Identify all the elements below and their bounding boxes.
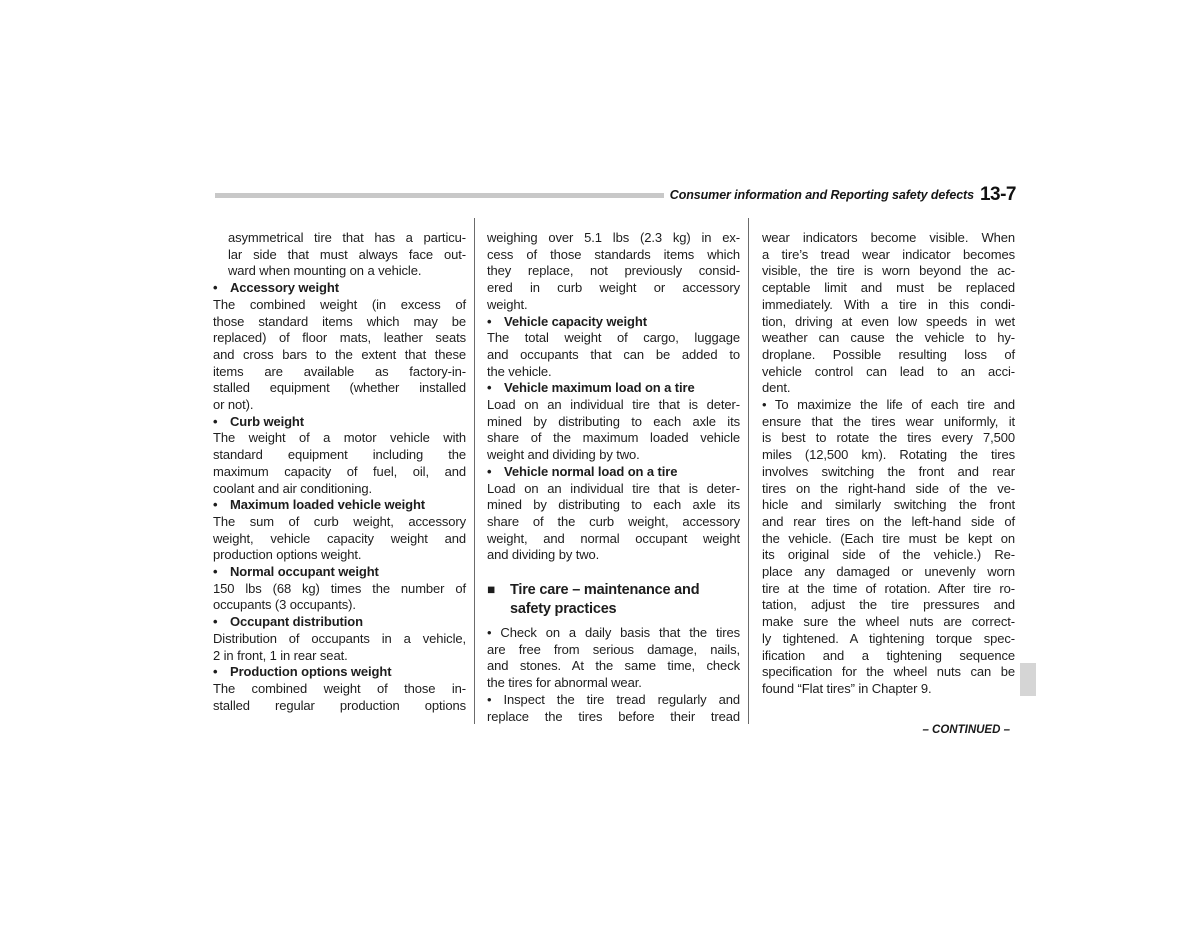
text-line: mined by distributing to each axle its [487,414,740,431]
text-line: ered in curb weight or accessory [487,280,740,297]
continued-marker: – CONTINUED – [922,724,1010,736]
text-line: involves switching the front and rear [762,464,1015,481]
paragraph: The total weight of cargo, luggageand oc… [487,330,740,380]
text-line: • Inspect the tire tread regularly and [487,692,740,709]
text-line: stalled regular production options [213,698,466,715]
text-line: occupants (3 occupants). [213,597,466,614]
text-line: tation, adjust the tire pressures and [762,597,1015,614]
heading-text: Vehicle capacity weight [504,314,647,329]
heading-text: Maximum loaded vehicle weight [230,497,425,512]
text-line: weight. [487,297,740,314]
text-line: mined by distributing to each axle its [487,497,740,514]
bullet-icon: • [213,564,230,581]
text-line: The combined weight (in excess of [213,297,466,314]
text-line: place any damaged or unevenly worn [762,564,1015,581]
text-line: Load on an individual tire that is deter… [487,481,740,498]
heading-text: Vehicle maximum load on a tire [504,380,695,395]
header-rule [215,193,664,198]
section-heading-line: safety practices [487,600,740,619]
text-line: specification for the wheel nuts can be [762,664,1015,681]
bullet-heading: •Maximum loaded vehicle weight [213,497,466,514]
paragraph: The weight of a motor vehicle withstanda… [213,430,466,497]
bullet-icon: • [487,314,504,331]
text-line: ification and a tightening sequence [762,648,1015,665]
section-heading: ■Tire care – maintenance andsafety pract… [487,581,740,618]
text-line: maximum capacity of fuel, oil, and [213,464,466,481]
bullet-icon: • [213,614,230,631]
text-line: those standard items which may be [213,314,466,331]
bullet-icon: • [213,414,230,431]
heading-text: Production options weight [230,664,391,679]
text-line: make sure the wheel nuts are correct- [762,614,1015,631]
bullet-heading: •Curb weight [213,414,466,431]
text-line: tion, driving at even low speeds in wet [762,314,1015,331]
text-line: ceptable limit and must be replaced [762,280,1015,297]
bullet-heading: •Accessory weight [213,280,466,297]
bullet-icon: • [213,497,230,514]
text-line: miles (12,500 km). Rotating the tires [762,447,1015,464]
heading-text: Vehicle normal load on a tire [504,464,677,479]
text-line: coolant and air conditioning. [213,481,466,498]
heading-text: Normal occupant weight [230,564,379,579]
column-1: asymmetrical tire that has a particu-lar… [213,230,466,714]
page-number: 13-7 [980,184,1016,206]
text-line: The total weight of cargo, luggage [487,330,740,347]
text-line: visible, the tire is worn beyond the ac- [762,263,1015,280]
paragraph: Load on an individual tire that is deter… [487,481,740,565]
text-line: tires on the right-hand side of the ve- [762,481,1015,498]
text-line: cess of those standards items which [487,247,740,264]
text-line: its original side of the vehicle.) Re- [762,547,1015,564]
text-line: weight, vehicle capacity weight and [213,531,466,548]
paragraph: The sum of curb weight, accessoryweight,… [213,514,466,564]
text-line: and stones. At the same time, check [487,658,740,675]
column-3: wear indicators become visible. Whena ti… [762,230,1015,698]
text-line: vehicle control can lead to an acci- [762,364,1015,381]
bullet-icon: • [213,280,230,297]
text-line: ward when mounting on a vehicle. [228,263,466,280]
page-header: Consumer information and Reporting safet… [215,184,1016,206]
text-line: Load on an individual tire that is deter… [487,397,740,414]
text-line: • Check on a daily basis that the tires [487,625,740,642]
text-line: ensure that the tires wear uniformly, it [762,414,1015,431]
text-line: replace the tires before their tread [487,709,740,726]
bullet-heading: •Vehicle maximum load on a tire [487,380,740,397]
manual-page: Consumer information and Reporting safet… [0,0,1200,927]
bullet-icon: • [487,380,504,397]
text-line: weight, and normal occupant weight [487,531,740,548]
bullet-heading: •Vehicle normal load on a tire [487,464,740,481]
text-line: they replace, not previously consid- [487,263,740,280]
text-line: droplane. Possible resulting loss of [762,347,1015,364]
text-line: The weight of a motor vehicle with [213,430,466,447]
text-line: 150 lbs (68 kg) times the number of [213,581,466,598]
column-2: weighing over 5.1 lbs (2.3 kg) in ex-ces… [487,230,740,725]
text-line: asymmetrical tire that has a particu- [228,230,466,247]
text-line: ly tightened. A tightening torque spec- [762,631,1015,648]
text-line: lar side that must always face out- [228,247,466,264]
paragraph: weighing over 5.1 lbs (2.3 kg) in ex-ces… [487,230,740,314]
paragraph: Load on an individual tire that is deter… [487,397,740,464]
text-line: tire at the time of rotation. After tire… [762,581,1015,598]
text-line: stalled equipment (whether installed [213,380,466,397]
text-line: the vehicle. (Each tire must be kept on [762,531,1015,548]
bullet-heading: •Production options weight [213,664,466,681]
text-line: the vehicle. [487,364,740,381]
bullet-heading: •Normal occupant weight [213,564,466,581]
text-line: 2 in front, 1 in rear seat. [213,648,466,665]
paragraph: asymmetrical tire that has a particu-lar… [213,230,466,280]
text-line: and occupants that can be added to [487,347,740,364]
text-line: found “Flat tires” in Chapter 9. [762,681,1015,698]
text-line: items are available as factory-in- [213,364,466,381]
text-line: the tires for abnormal wear. [487,675,740,692]
square-bullet-icon: ■ [487,581,510,600]
bullet-heading: •Vehicle capacity weight [487,314,740,331]
bullet-paragraph: • Check on a daily basis that the tiresa… [487,625,740,692]
paragraph: The combined weight of those in-stalled … [213,681,466,714]
heading-text: Occupant distribution [230,614,363,629]
bullet-heading: •Occupant distribution [213,614,466,631]
text-line: immediately. With a tire in this condi- [762,297,1015,314]
text-line: hicle and similarly switching the front [762,497,1015,514]
paragraph: 150 lbs (68 kg) times the number ofoccup… [213,581,466,614]
paragraph: Distribution of occupants in a vehicle,2… [213,631,466,664]
bullet-icon: • [487,464,504,481]
column-divider-1 [474,218,475,724]
section-heading-line: ■Tire care – maintenance and [487,581,740,600]
text-line: Distribution of occupants in a vehicle, [213,631,466,648]
column-divider-2 [748,218,749,724]
text-line: share of the curb weight, accessory [487,514,740,531]
text-line: weather can cause the vehicle to hy- [762,330,1015,347]
text-line: weighing over 5.1 lbs (2.3 kg) in ex- [487,230,740,247]
text-line: weight and dividing by two. [487,447,740,464]
text-line: replaced) of floor mats, leather seats [213,330,466,347]
text-line: is best to rotate the tires every 7,500 [762,430,1015,447]
text-line: The sum of curb weight, accessory [213,514,466,531]
text-line: share of the maximum loaded vehicle [487,430,740,447]
text-line: and dividing by two. [487,547,740,564]
text-line: and rear tires on the left-hand side of [762,514,1015,531]
paragraph: The combined weight (in excess ofthose s… [213,297,466,414]
heading-text: Accessory weight [230,280,339,295]
text-line: dent. [762,380,1015,397]
bullet-paragraph: • Inspect the tire tread regularly andre… [487,692,740,725]
chapter-tab-marker [1020,663,1036,696]
text-line: production options weight. [213,547,466,564]
text-line: a tire’s tread wear indicator becomes [762,247,1015,264]
text-line: standard equipment including the [213,447,466,464]
text-line: and cross bars to the extent that these [213,347,466,364]
text-line: or not). [213,397,466,414]
text-line: • To maximize the life of each tire and [762,397,1015,414]
heading-text: Curb weight [230,414,304,429]
bullet-icon: • [213,664,230,681]
paragraph: wear indicators become visible. Whena ti… [762,230,1015,397]
text-line: The combined weight of those in- [213,681,466,698]
text-line: wear indicators become visible. When [762,230,1015,247]
text-line: are free from serious damage, nails, [487,642,740,659]
running-header-title: Consumer information and Reporting safet… [670,188,974,202]
bullet-paragraph: • To maximize the life of each tire ande… [762,397,1015,698]
